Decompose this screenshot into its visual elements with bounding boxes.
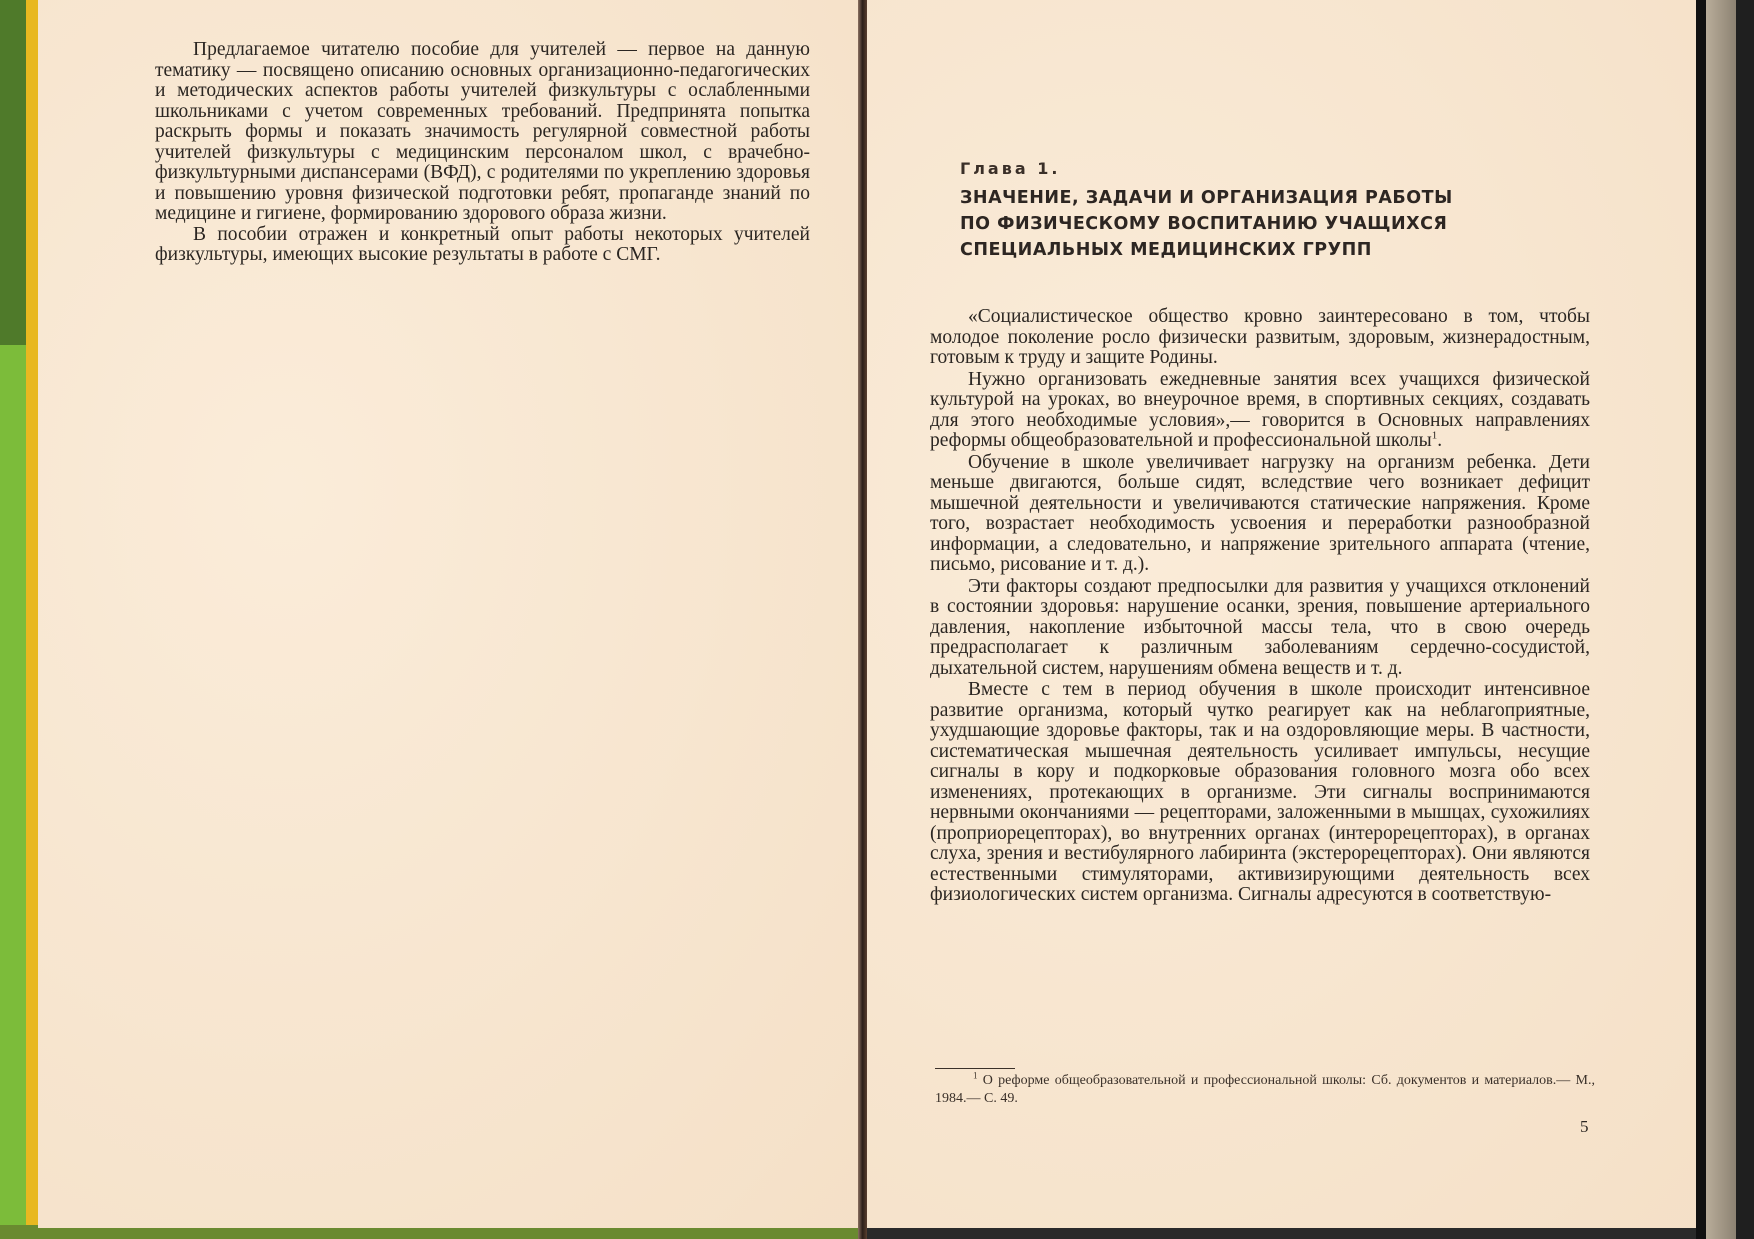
paragraph: Вместе с тем в период обучения в школе п… xyxy=(930,680,1590,906)
chapter-title-line: ПО ФИЗИЧЕСКОМУ ВОСПИТАНИЮ УЧАЩИХСЯ xyxy=(960,211,1480,237)
paragraph-text: Нужно организовать ежедневные занятия вс… xyxy=(930,369,1590,452)
paragraph: Обучение в школе увеличивает нагрузку на… xyxy=(930,453,1590,576)
page-number: 5 xyxy=(1580,1117,1589,1137)
punctuation: . xyxy=(1437,430,1442,451)
paragraph: Нужно организовать ежедневные занятия вс… xyxy=(930,370,1590,452)
paragraph: В пособии отражен и конкретный опыт рабо… xyxy=(155,225,810,266)
chapter-title-line: СПЕЦИАЛЬНЫХ МЕДИЦИНСКИХ ГРУПП xyxy=(960,237,1480,263)
paragraph: «Социалистическое общество кровно заинте… xyxy=(930,307,1590,369)
scanner-edge xyxy=(1706,0,1736,1239)
left-page-text: Предлагаемое читателю пособие для учител… xyxy=(155,40,810,266)
chapter-title-line: ЗНАЧЕНИЕ, ЗАДАЧИ И ОРГАНИЗАЦИЯ РАБОТЫ xyxy=(960,185,1480,211)
book-gutter xyxy=(858,0,867,1239)
right-page-text: «Социалистическое общество кровно заинте… xyxy=(930,307,1590,906)
paragraph: Эти факторы создают предпосылки для разв… xyxy=(930,577,1590,680)
footnote-text: О реформе общеобразовательной и професси… xyxy=(935,1073,1595,1106)
footnote: 1 О реформе общеобразовательной и профес… xyxy=(935,1072,1595,1108)
footnote-divider xyxy=(935,1068,1015,1069)
chapter-label: Глава 1. xyxy=(960,159,1060,178)
paragraph: Предлагаемое читателю пособие для учител… xyxy=(155,40,810,225)
book-spine-edge xyxy=(1696,0,1706,1239)
book-cover-dark-green xyxy=(0,0,28,350)
footnote-marker: 1 xyxy=(973,1070,978,1080)
chapter-title: ЗНАЧЕНИЕ, ЗАДАЧИ И ОРГАНИЗАЦИЯ РАБОТЫ ПО… xyxy=(960,185,1480,263)
book-cover-light-green xyxy=(0,345,28,1239)
scanner-background xyxy=(1736,0,1754,1239)
